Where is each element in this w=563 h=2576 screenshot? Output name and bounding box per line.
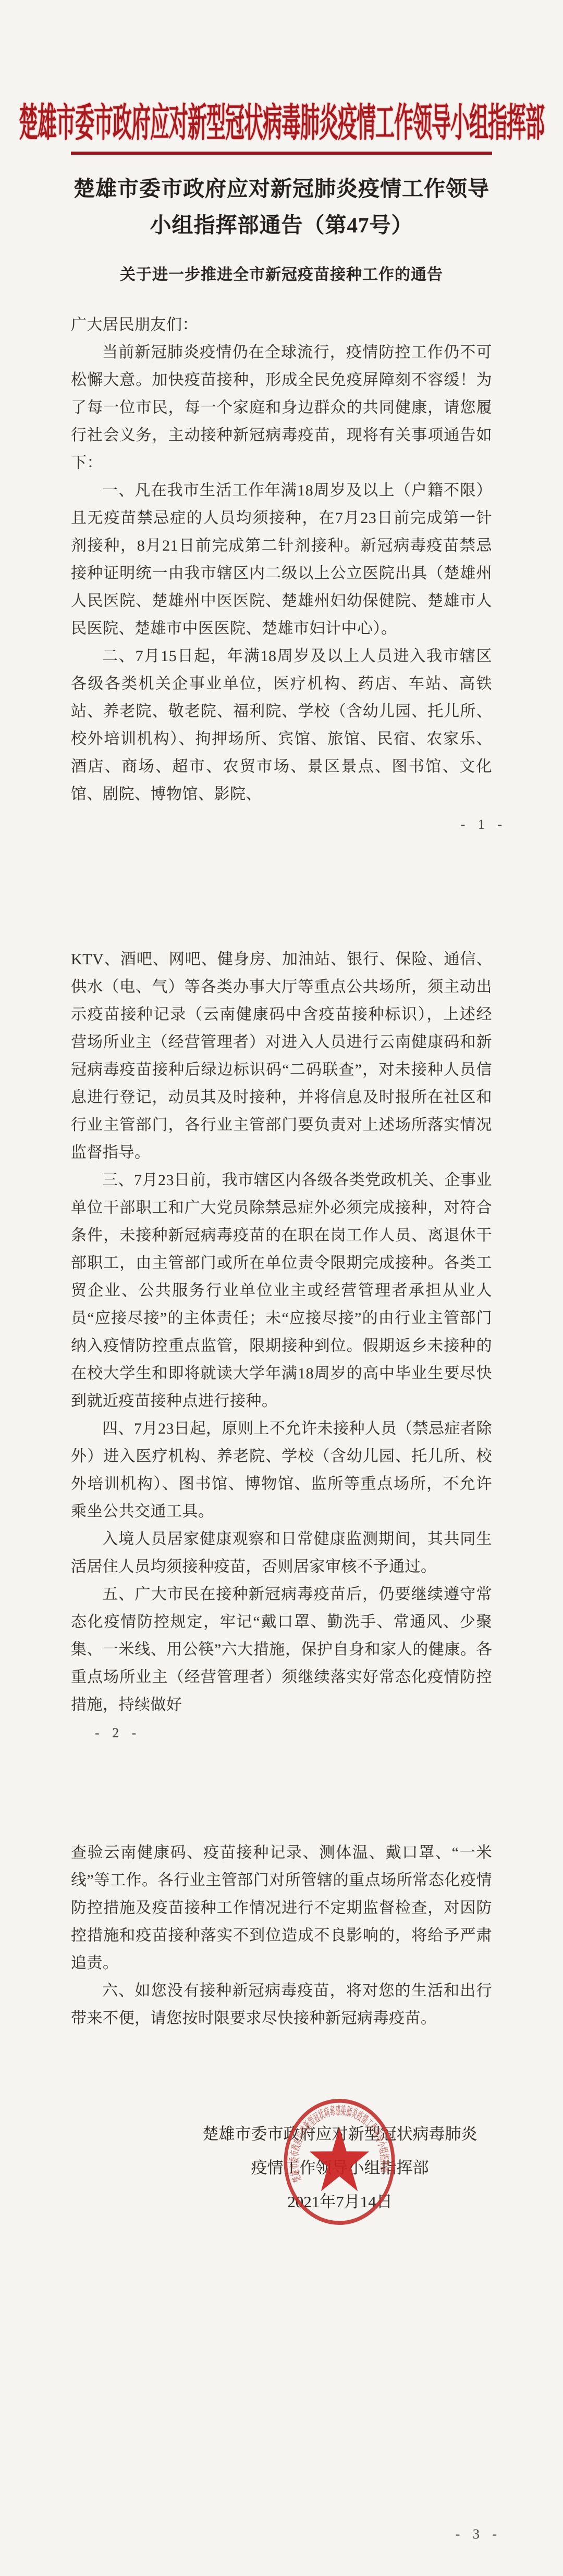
page-number-2: - 2 - (95, 1723, 563, 1744)
red-masthead-text: 楚雄市委市政府应对新型冠状病毒肺炎疫情工作领导小组指挥部 (19, 90, 544, 148)
page-2: KTV、酒吧、网吧、健身房、加油站、银行、保险、通信、供水（电、气）等各类办事大… (0, 945, 563, 1744)
paragraph-item-5-part2: 查验云南健康码、疫苗接种记录、测体温、戴口罩、“一米线”等工作。各行业主管部门对… (71, 1839, 492, 1977)
paragraph-item-3: 三、7月23日前，我市辖区内各级各类党政机关、企事业单位干部职工和广大党员除禁忌… (71, 1166, 492, 1415)
paragraph-intro: 当前新冠肺炎疫情仍在全球流行，疫情防控工作仍不可松懈大意。加快疫苗接种，形成全民… (71, 339, 492, 477)
paragraph-item-5-part1: 五、广大市民在接种新冠病毒疫苗后，仍要继续遵守常态化疫情防控规定，牢记“戴口罩、… (71, 1581, 492, 1719)
document-header: 楚雄市委市政府应对新型冠状病毒肺炎疫情工作领导小组指挥部 楚雄市委市政府应对新冠… (0, 98, 563, 287)
paragraph-item-2-part2: KTV、酒吧、网吧、健身房、加油站、银行、保险、通信、供水（电、气）等各类办事大… (71, 945, 492, 1166)
scanned-notice-document: 楚雄市委市政府应对新型冠状病毒肺炎疫情工作领导小组指挥部 楚雄市委市政府应对新冠… (0, 98, 563, 2576)
document-subtitle: 关于进一步推进全市新冠疫苗接种工作的通告 (31, 263, 532, 287)
document-body: 广大居民朋友们： 当前新冠肺炎疫情仍在全球流行，疫情防控工作仍不可松懈大意。加快… (0, 311, 563, 2545)
page-1: 广大居民朋友们： 当前新冠肺炎疫情仍在全球流行，疫情防控工作仍不可松懈大意。加快… (0, 311, 563, 835)
red-divider-line (71, 152, 492, 155)
signature-line1: 楚雄市委市政府应对新型冠状病毒肺炎 (194, 2117, 486, 2151)
red-masthead: 楚雄市委市政府应对新型冠状病毒肺炎疫情工作领导小组指挥部 (0, 98, 563, 148)
page-number-1: - 1 - (0, 814, 507, 835)
signature-line2: 疫情工作领导小组指挥部 (194, 2151, 486, 2185)
document-title-line2: 小组指挥部通告（第47号） (31, 207, 532, 243)
paragraph-item-6: 六、如您没有接种新冠病毒疫苗，将对您的生活和出行带来不便，请您按时限要求尽快接种… (71, 1977, 492, 2032)
paragraph-item-4: 四、7月23日起，原则上不允许未接种人员（禁忌症者除外）进入医疗机构、养老院、学… (71, 1415, 492, 1525)
paragraph-entry-persons: 入境人员居家健康观察和日常健康监测期间，其共同生活居住人员均须接种疫苗，否则居家… (71, 1525, 492, 1581)
salutation: 广大居民朋友们： (71, 311, 492, 339)
page-number-3: - 3 - (0, 2524, 501, 2545)
paragraph-item-2-part1: 二、7月15日起，年满18周岁及以上人员进入我市辖区各级各类机关企事业单位，医疗… (71, 642, 492, 808)
signature-block: 楚雄市委市政府应对新型冠状病毒感染肺炎疫情工作领导小组指挥部 楚雄市委市政府应对… (194, 2117, 486, 2219)
page-3: 查验云南健康码、疫苗接种记录、测体温、戴口罩、“一米线”等工作。各行业主管部门对… (0, 1839, 563, 2545)
document-title: 楚雄市委市政府应对新冠肺炎疫情工作领导 小组指挥部通告（第47号） (31, 170, 532, 243)
paragraph-item-1: 一、凡在我市生活工作年满18周岁及以上（户籍不限）且无疫苗禁忌症的人员均须接种，… (71, 477, 492, 642)
document-title-line1: 楚雄市委市政府应对新冠肺炎疫情工作领导 (31, 170, 532, 207)
signature-date: 2021年7月14日 (194, 2185, 486, 2219)
